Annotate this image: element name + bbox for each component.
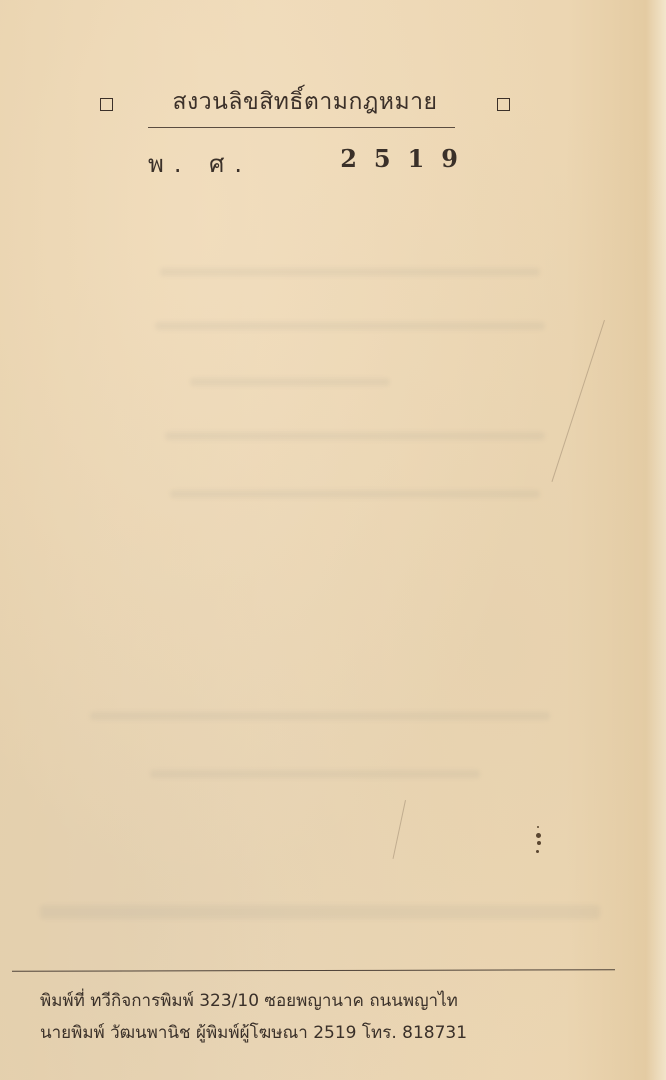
printer-imprint: พิมพ์ที่ ทวีกิจการพิมพ์ 323/10 ซอยพญานาค… [40, 985, 600, 1049]
square-outline-icon [100, 98, 113, 111]
copyright-heading: สงวนลิขสิทธิ์ตามกฎหมาย [100, 84, 510, 120]
imprint-line-1: พิมพ์ที่ ทวีกิจการพิมพ์ 323/10 ซอยพญานาค… [40, 985, 600, 1017]
show-through-mark [155, 322, 545, 330]
publication-year: พ. ศ. 2519 [148, 144, 458, 183]
show-through-mark [190, 378, 390, 386]
square-outline-icon [497, 98, 510, 111]
footer-divider [12, 969, 615, 972]
show-through-mark [40, 905, 600, 919]
copyright-heading-text: สงวนลิขสิทธิ์ตามกฎหมาย [113, 84, 497, 120]
paper-scratch [551, 320, 604, 482]
imprint-line-2: นายพิมพ์ วัฒนพานิช ผู้พิมพ์ผู้โฆษณา 2519… [40, 1017, 600, 1049]
paper-scratch [393, 800, 406, 859]
show-through-mark [165, 432, 545, 440]
show-through-mark [170, 490, 540, 498]
document-page: สงวนลิขสิทธิ์ตามกฎหมาย พ. ศ. 2519 พิมพ์ท… [0, 0, 666, 1080]
year-value: 2519 [340, 144, 475, 183]
era-label: พ. ศ. [148, 144, 252, 183]
heading-underline [148, 127, 455, 128]
show-through-mark [150, 770, 480, 778]
show-through-mark [90, 712, 550, 720]
show-through-mark [160, 268, 540, 276]
